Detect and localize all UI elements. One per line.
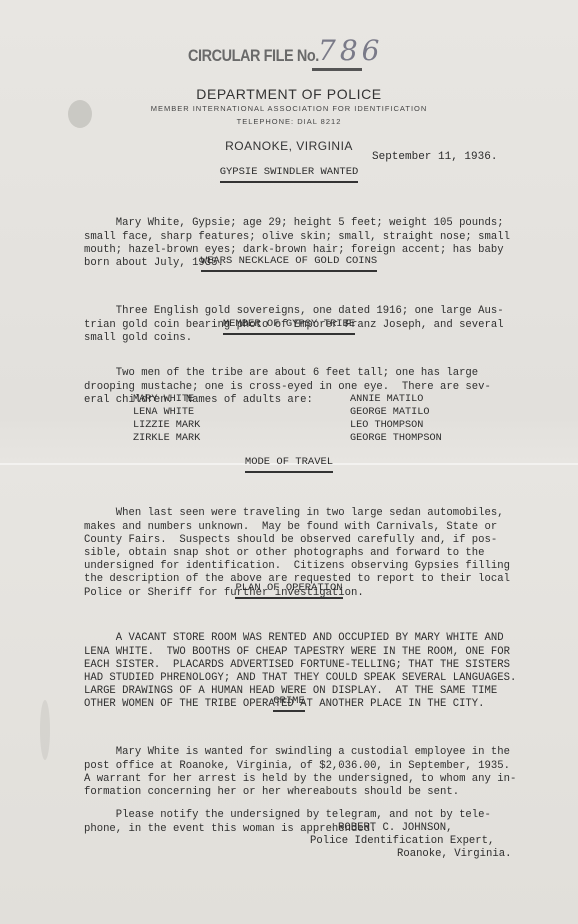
adults-list-left: MARY WHITELENA WHITELIZZIE MARKZIRKLE MA…: [133, 393, 200, 445]
circular-document: CIRCULAR FILE No. 786 DEPARTMENT OF POLI…: [0, 0, 578, 924]
telephone-line: TELEPHONE: DIAL 8212: [0, 117, 578, 126]
section-heading: GYPSIE SWINDLER WANTED: [0, 166, 578, 183]
file-number-underline: [312, 68, 362, 71]
circular-file-number: 786: [318, 34, 383, 67]
signature-place: Roanoke, Virginia.: [397, 848, 511, 861]
travel-paragraph: When last seen were traveling in two lar…: [84, 481, 494, 626]
signature-title: Police Identification Expert,: [310, 835, 494, 848]
section-heading: MODE OF TRAVEL: [0, 456, 578, 473]
section-heading: MEMBER OF GYPSY TRIBE: [0, 318, 578, 335]
adults-list-right: ANNIE MATILOGEORGE MATILOLEO THOMPSONGEO…: [350, 393, 442, 445]
circular-file-label: CIRCULAR FILE No.: [188, 46, 319, 66]
signature-name: ROBERT C. JOHNSON,: [338, 822, 452, 835]
section-heading: CRIME: [0, 695, 578, 712]
operation-paragraph: A VACANT STORE ROOM WAS RENTED AND OCCUP…: [84, 606, 494, 738]
section-heading: WEARS NECKLACE OF GOLD COINS: [0, 255, 578, 272]
department-title: DEPARTMENT OF POLICE: [0, 86, 578, 102]
membership-line: MEMBER INTERNATIONAL ASSOCIATION FOR IDE…: [0, 104, 578, 113]
document-date: September 11, 1936.: [372, 151, 497, 163]
section-heading: PLAN OF OPERATION: [0, 582, 578, 599]
